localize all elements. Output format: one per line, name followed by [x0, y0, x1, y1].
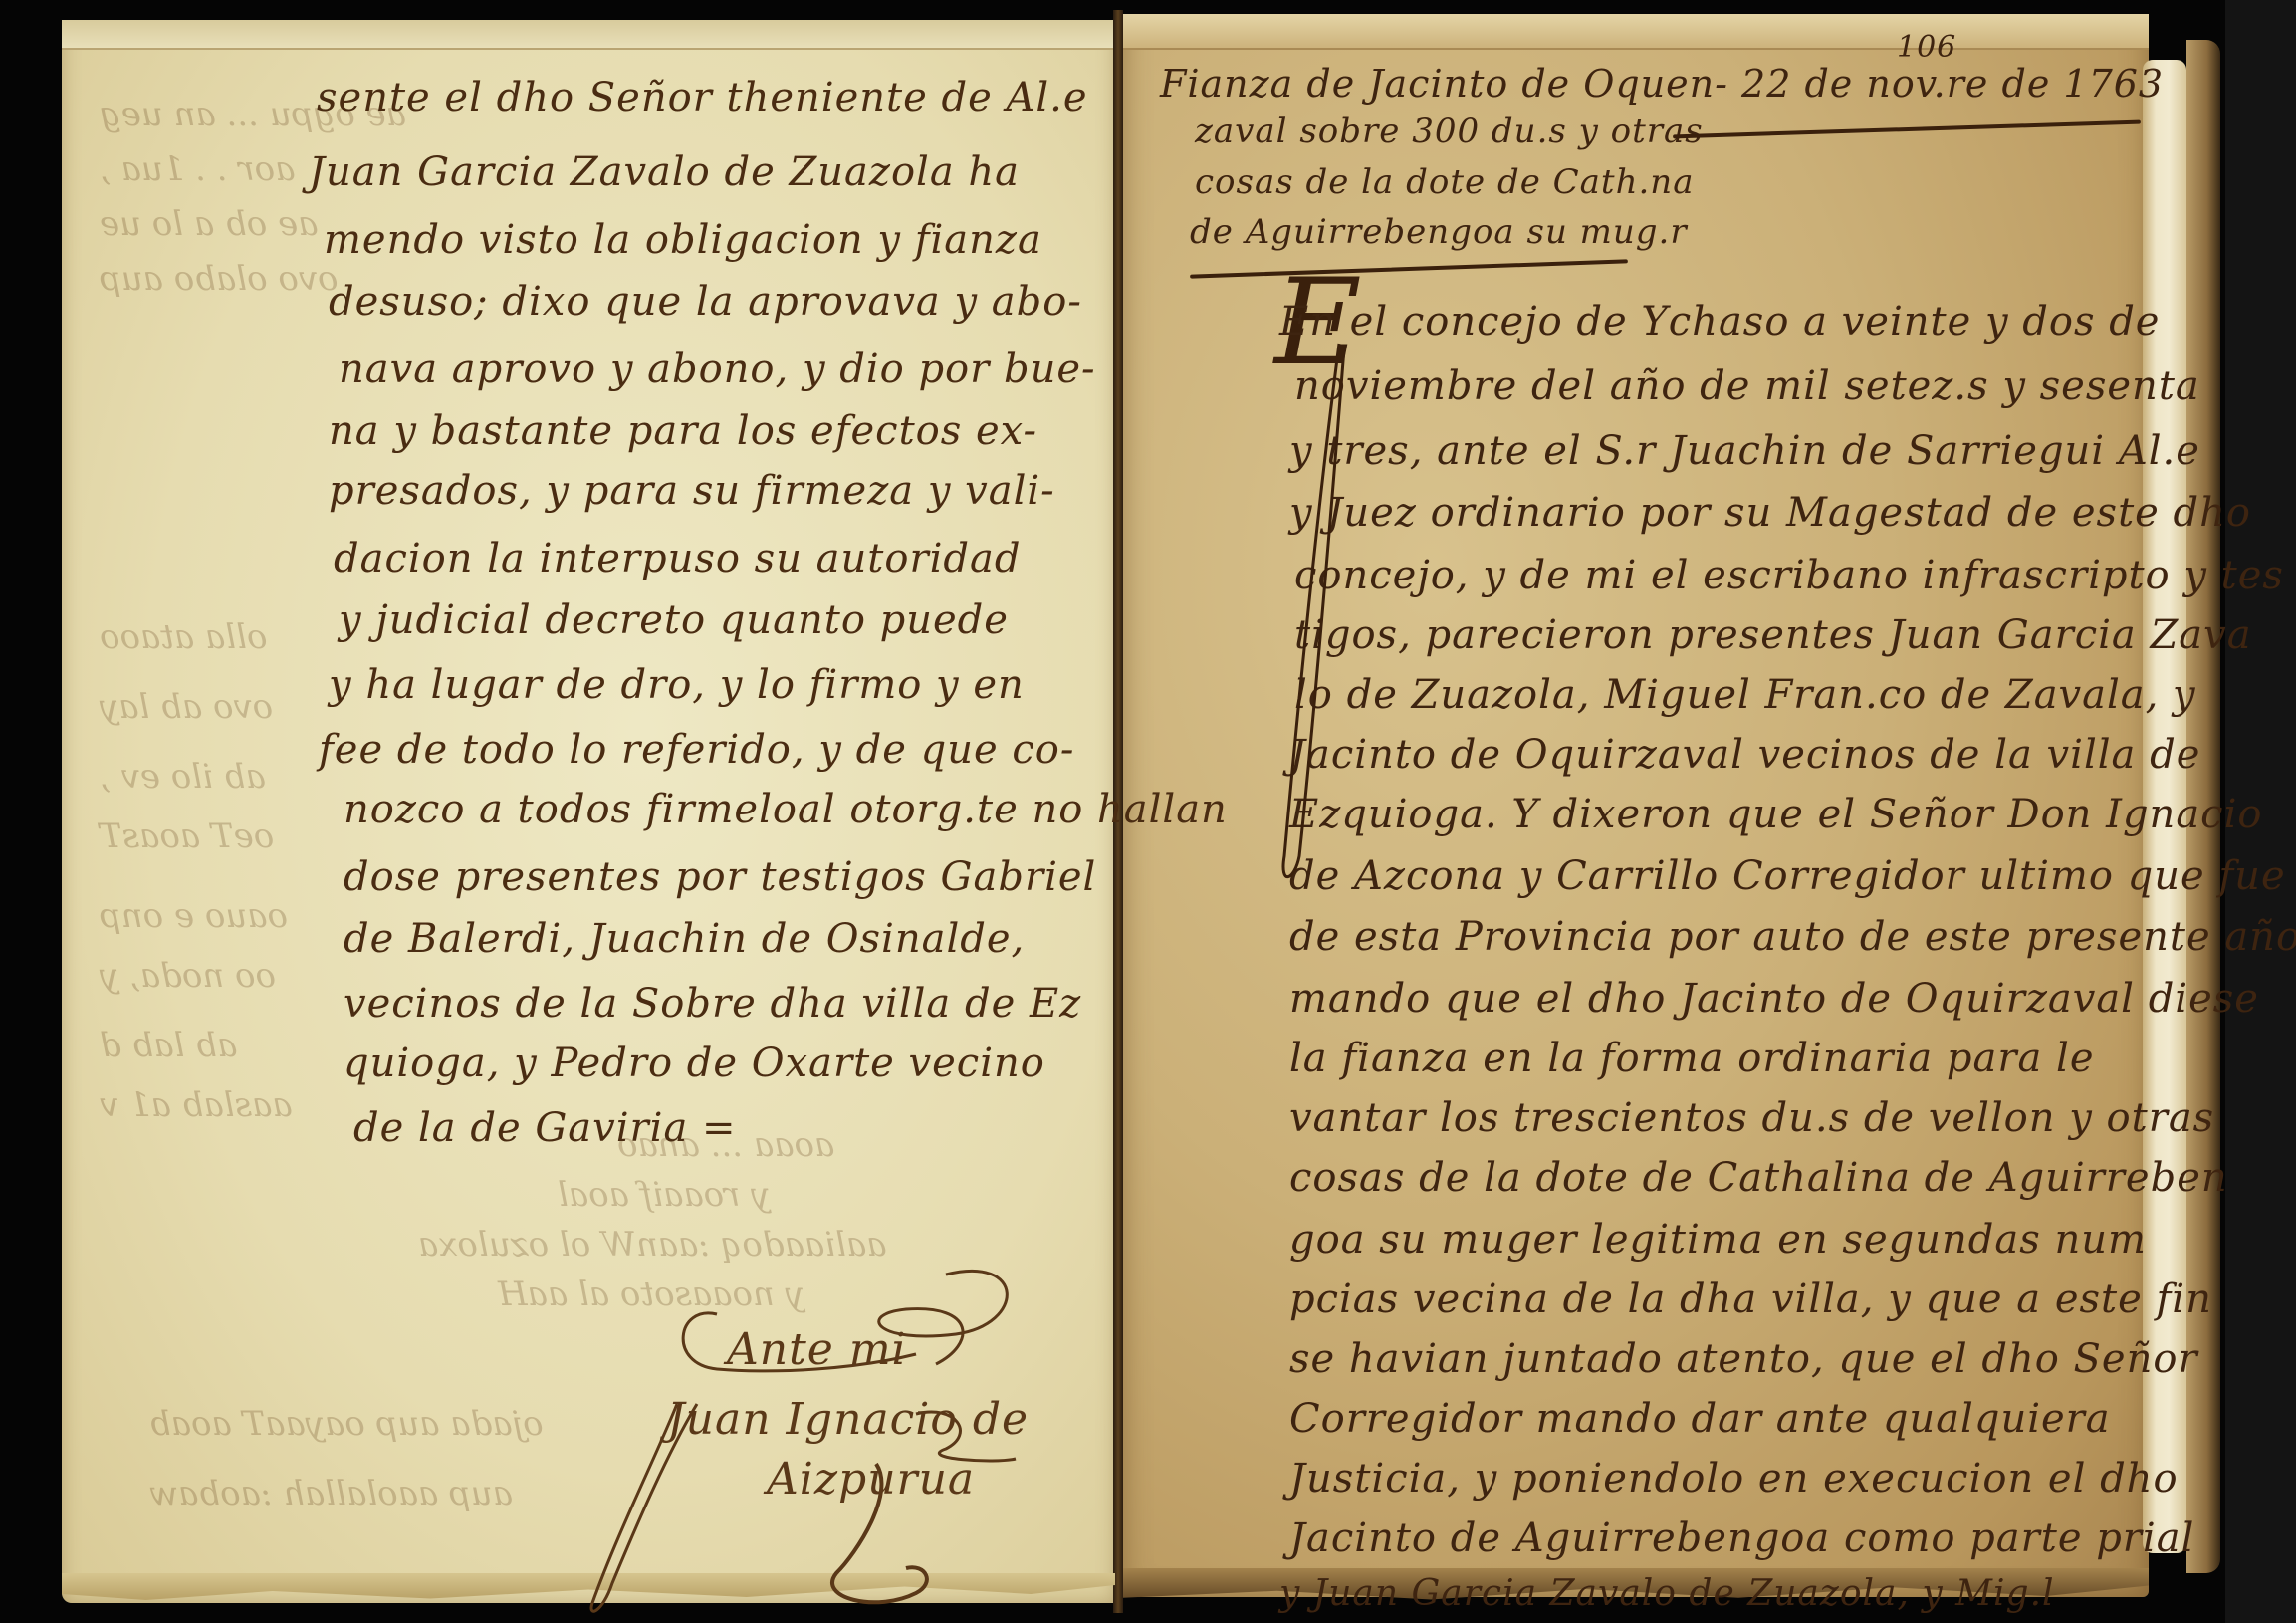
folio-number: 106 [1897, 30, 1956, 65]
text-line: se havian juntado atento, que el dho Señ… [1289, 1336, 2198, 1382]
text-line: pcias vecina de la dha villa, y que a es… [1289, 1276, 2212, 1322]
text-line: na y bastante para los efectos ex- [329, 408, 1037, 454]
text-line: mendo visto la obligacion y fianza [324, 217, 1042, 263]
text-line: desuso; dixo que la aprovava y abo- [329, 279, 1082, 325]
text-line: Jacinto de Aguirrebengoa como parte pria… [1289, 1515, 2194, 1561]
right-page-top-edge [1123, 14, 2149, 50]
header-title-line: Fianza de Jacinto de Oquen- 22 de nov.re… [1160, 62, 2164, 106]
text-line: noviembre del año de mil setez.s y sesen… [1294, 363, 2200, 409]
bleed-through-mark: olla ataoo [100, 617, 267, 657]
bleed-through-mark: ovo olabo aup [100, 259, 339, 299]
text-line: Corregidor mando dar ante qualquiera [1289, 1396, 2111, 1442]
text-line: vecinos de la Sobre dha villa de Ez [344, 981, 1081, 1027]
bleed-through-mark: aaslab a1 v [100, 1085, 293, 1125]
header-line: zaval sobre 300 du.s y otras [1195, 112, 1704, 151]
bleed-through-mark: aor . . 1ua , [100, 149, 295, 189]
bleed-through-mark: oo noda, y [100, 956, 276, 996]
text-line: nava aprovo y abono, y dio por bue- [339, 347, 1096, 392]
text-line: presados, y para su firmeza y vali- [329, 468, 1055, 514]
text-line: y tres, ante el S.r Juachin de Sarriegui… [1289, 428, 2200, 474]
text-line: y Juan Garcia Zavalo de Zuazola, y Mig.l [1279, 1573, 2055, 1614]
header-line: cosas de la dote de Cath.na [1195, 162, 1694, 202]
signature-flourish-icon [558, 1255, 1055, 1623]
text-line: cosas de la dote de Cathalina de Aguirre… [1289, 1155, 2228, 1201]
text-line: sente el dho Señor theniente de Al.e [317, 75, 1088, 120]
header-line: de Aguirrebengoa su mug.r [1190, 212, 1688, 252]
bleed-through-mark: oeT aoasT [100, 816, 274, 856]
initial-flourish-icon [1264, 339, 1354, 896]
bleed-through-mark: ojada aup oayaaT aoab [149, 1404, 544, 1444]
text-line: y Juez ordinario por su Magestad de este… [1289, 490, 2251, 536]
text-line: Juan Garcia Zavalo de Zuazola ha [309, 149, 1020, 195]
text-line: de Azcona y Carrillo Corregidor ultimo q… [1289, 853, 2286, 899]
text-line: nozco a todos firmeloal otorg.te no hall… [344, 787, 1228, 832]
bleed-through-mark: oauo e onp [100, 896, 288, 936]
text-line: vantar los trescientos du.s de vellon y … [1289, 1095, 2214, 1141]
text-line: y ha lugar de dro, y lo firmo y en [329, 662, 1025, 708]
text-line: Ezquioga. Y dixeron que el Señor Don Ign… [1289, 792, 2262, 837]
text-line: goa su muger legitima en segundas num [1289, 1217, 2147, 1263]
bleed-through-mark: ab ilo ev , [100, 757, 266, 797]
bleed-through-mark: aup aaolallah :aobaw [149, 1474, 513, 1513]
text-line: de la de Gaviria = [353, 1105, 737, 1151]
text-line: concejo, y de mi el escribano infrascrip… [1294, 553, 2284, 598]
text-line: Justicia, y poniendolo en execucion el d… [1289, 1456, 2179, 1502]
text-line: mando que el dho Jacinto de Oquirzaval d… [1289, 976, 2259, 1022]
text-line: y judicial decreto quanto puede [339, 597, 1009, 643]
text-line: tigos, parecieron presentes Juan Garcia … [1294, 612, 2252, 658]
bleed-through-mark: ab lab d [100, 1026, 237, 1065]
text-line: dacion la interpuso su autoridad [334, 536, 1021, 581]
text-line: la fianza en la forma ordinaria para le [1289, 1036, 2095, 1081]
bleed-through-mark: ae ob a lo ue [100, 204, 319, 244]
text-line: En el concejo de Ychaso a veinte y dos d… [1279, 299, 2160, 345]
text-line: quioga, y Pedro de Oxarte vecino [344, 1041, 1045, 1086]
text-line: fee de todo lo referido, y de que co- [319, 727, 1074, 773]
bleed-through-mark: y roaaif aoal [558, 1175, 770, 1215]
text-line: lo de Zuazola, Miguel Fran.co de Zavala,… [1294, 672, 2196, 718]
text-line: Jacinto de Oquirzaval vecinos de la vill… [1289, 732, 2200, 778]
text-line: dose presentes por testigos Gabriel [344, 854, 1096, 900]
text-line: de Balerdi, Juachin de Osinalde, [344, 916, 1025, 962]
left-page-top-edge [62, 20, 1115, 50]
text-line: de esta Provincia por auto de este prese… [1289, 914, 2296, 960]
bleed-through-mark: ovo ab lay [100, 687, 273, 727]
